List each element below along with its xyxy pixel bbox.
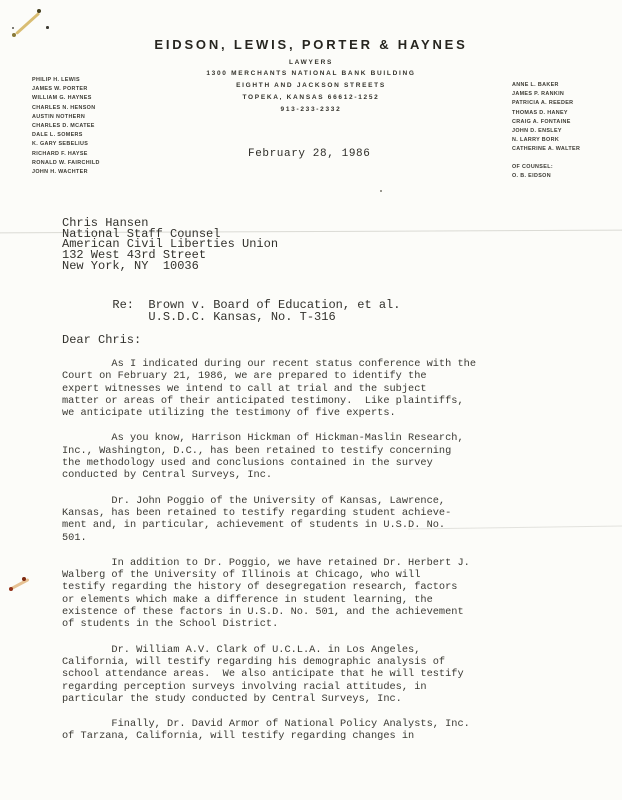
attorney-name: ANNE L. BAKER (512, 81, 580, 90)
pen-dot (9, 587, 13, 591)
attorney-name: WILLIAM G. HAYNES (32, 94, 100, 103)
attorney-name: THOMAS D. HANEY (512, 109, 580, 118)
pen-check-mark-left-margin (6, 574, 34, 596)
attorney-name: JAMES P. RANKIN (512, 90, 580, 99)
paragraph: Dr. John Poggio of the University of Kan… (62, 495, 476, 544)
attorney-name: CHARLES D. MCATEE (32, 122, 100, 131)
attorney-name: AUSTIN NOTHERN (32, 113, 100, 122)
of-counsel-name: O. B. EIDSON (512, 172, 580, 181)
attorney-name: JOHN H. WACHTER (32, 168, 100, 177)
paragraph: As you know, Harrison Hickman of Hickman… (62, 432, 476, 481)
attorney-name: CATHERINE A. WALTER (512, 145, 580, 154)
firm-name: EIDSON, LEWIS, PORTER & HAYNES (0, 37, 622, 52)
attorney-list-right: ANNE L. BAKER JAMES P. RANKIN PATRICIA A… (512, 81, 580, 182)
paper-speck (380, 190, 382, 192)
pen-dot (37, 9, 41, 13)
paragraph: Finally, Dr. David Armor of National Pol… (62, 718, 476, 743)
attorney-name: CRAIG A. FONTAINE (512, 118, 580, 127)
recipient-address: Chris Hansen National Staff Counsel Amer… (62, 218, 278, 272)
attorney-name: K. GARY SEBELIUS (32, 140, 100, 149)
attorney-name: N. LARRY BORK (512, 136, 580, 145)
paper-speck (46, 26, 49, 29)
attorney-name: CHARLES N. HENSON (32, 104, 100, 113)
attorney-name: RONALD W. FAIRCHILD (32, 159, 100, 168)
re-subject-line: Re: Brown v. Board of Education, et al. … (62, 300, 400, 323)
letter-date: February 28, 1986 (248, 148, 370, 160)
attorney-name: PHILIP H. LEWIS (32, 76, 100, 85)
paragraph: In addition to Dr. Poggio, we have retai… (62, 557, 476, 631)
attorney-name: RICHARD F. HAYSE (32, 150, 100, 159)
scanned-letter-page: EIDSON, LEWIS, PORTER & HAYNES LAWYERS 1… (0, 0, 622, 800)
attorney-list-left: PHILIP H. LEWIS JAMES W. PORTER WILLIAM … (32, 76, 100, 177)
pen-dot (22, 577, 26, 581)
attorney-name: PATRICIA A. REEDER (512, 99, 580, 108)
attorney-name: DALE L. SOMERS (32, 131, 100, 140)
of-counsel-label: OF COUNSEL: (512, 163, 580, 172)
firm-subtitle: LAWYERS (0, 59, 622, 66)
attorney-name: JAMES W. PORTER (32, 85, 100, 94)
paper-speck (12, 27, 14, 29)
letter-body: As I indicated during our recent status … (62, 358, 476, 756)
salutation: Dear Chris: (62, 333, 141, 347)
attorney-name: JOHN D. ENSLEY (512, 127, 580, 136)
pen-stroke (15, 12, 40, 35)
paragraph: As I indicated during our recent status … (62, 358, 476, 419)
paragraph: Dr. William A.V. Clark of U.C.L.A. in Lo… (62, 644, 476, 705)
